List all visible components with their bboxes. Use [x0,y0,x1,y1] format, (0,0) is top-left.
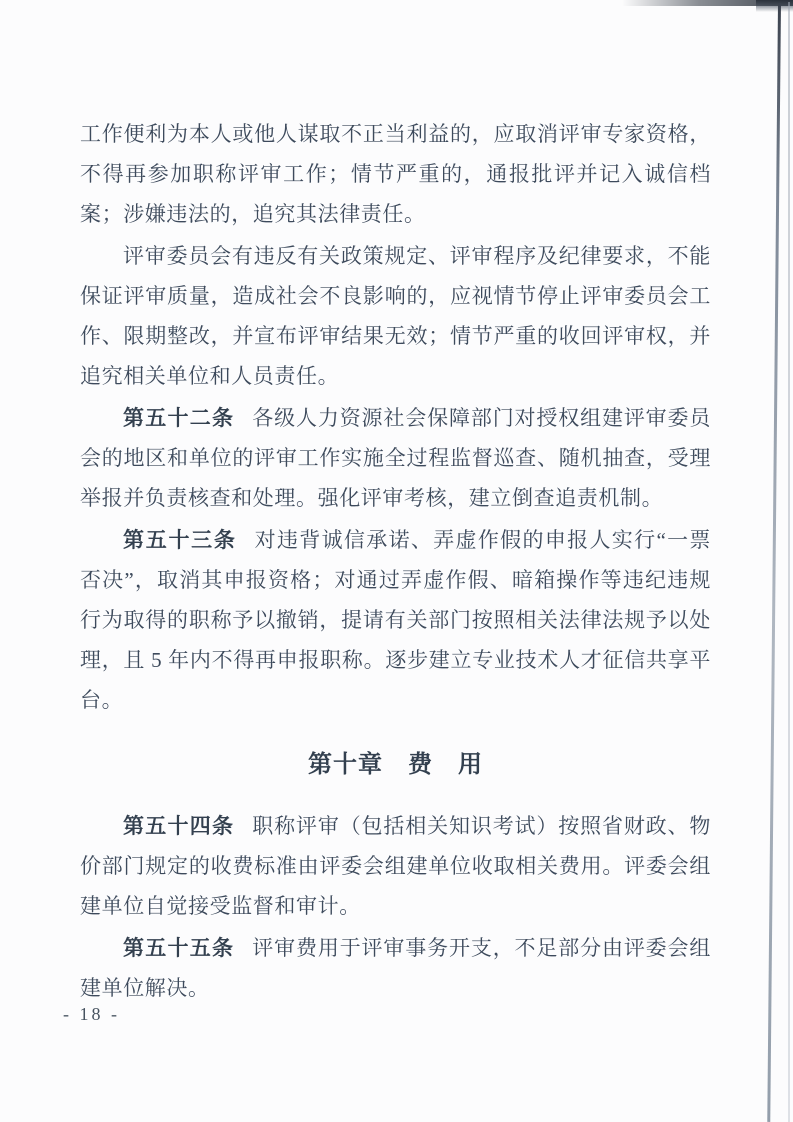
paragraph: 评审委员会有违反有关政策规定、评审程序及纪律要求，不能保证评审质量，造成社会不良… [80,236,711,396]
paragraph-article-55: 第五十五条评审费用于评审事务开支，不足部分由评委会组建单位解决。 [80,928,711,1008]
article-number: 第五十四条 [123,814,234,838]
document-body: 工作便利为本人或他人谋取不正当利益的，应取消评审专家资格，不得再参加职称评审工作… [80,114,711,1010]
article-number: 第五十三条 [123,528,237,552]
paragraph-continuation: 工作便利为本人或他人谋取不正当利益的，应取消评审专家资格，不得再参加职称评审工作… [80,114,711,234]
paragraph-text: 评审委员会有违反有关政策规定、评审程序及纪律要求，不能保证评审质量，造成社会不良… [80,244,711,388]
article-number: 第五十五条 [123,936,234,960]
paragraph-text: 对违背诚信承诺、弄虚作假的申报人实行“一票否决”，取消其申报资格；对通过弄虚作假… [80,528,711,712]
paragraph-text: 工作便利为本人或他人谋取不正当利益的，应取消评审专家资格，不得再参加职称评审工作… [80,122,711,226]
paragraph-article-53: 第五十三条对违背诚信承诺、弄虚作假的申报人实行“一票否决”，取消其申报资格；对通… [80,520,711,720]
article-number: 第五十二条 [123,406,234,430]
scan-edge-right-line [767,3,781,1122]
page-number: - 18 - [63,1004,120,1025]
document-page: 工作便利为本人或他人谋取不正当利益的，应取消评审专家资格，不得再参加职称评审工作… [0,0,793,1122]
paragraph-article-52: 第五十二条各级人力资源社会保障部门对授权组建评审委员会的地区和单位的评审工作实施… [80,398,711,518]
chapter-heading: 第十章 费 用 [80,745,711,785]
scan-edge-right-faint-line [788,2,790,1122]
paragraph-article-54: 第五十四条职称评审（包括相关知识考试）按照省财政、物价部门规定的收费标准由评委会… [80,806,711,926]
